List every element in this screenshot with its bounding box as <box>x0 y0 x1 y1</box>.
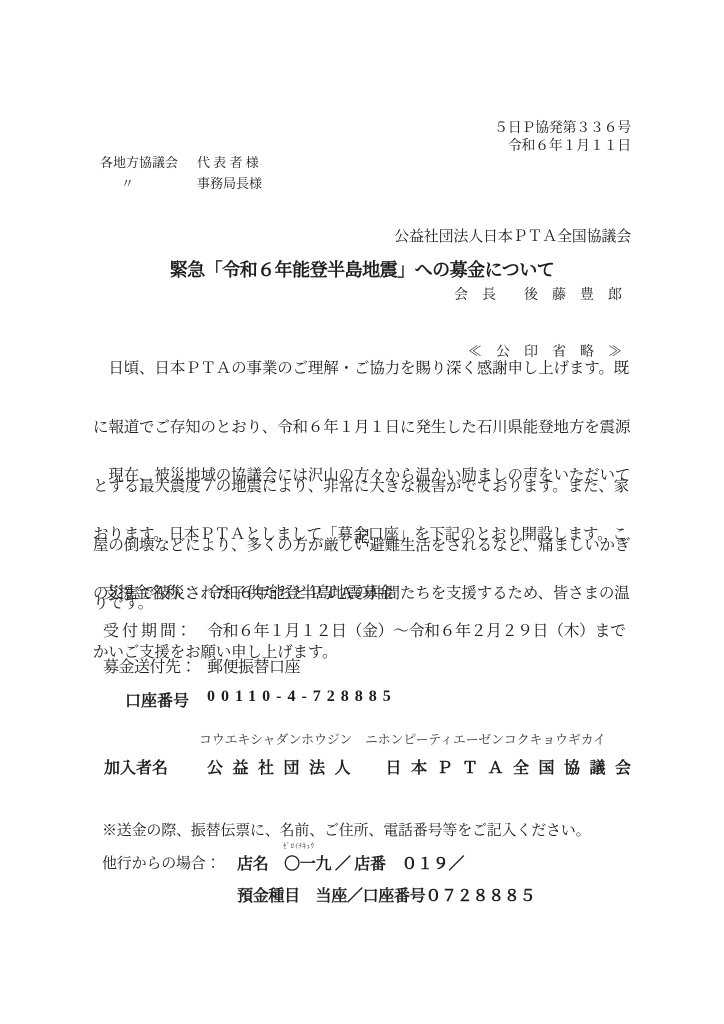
addressee-ditto-mark: 〃 <box>121 173 134 192</box>
remittance-note: ※送金の際、振替伝票に、名前、ご住所、電話番号等をご記入ください。 <box>102 819 590 840</box>
account-number-label: 口座番号 <box>125 688 189 711</box>
detail-value: 令和６年能登半島地震募金 <box>207 580 393 603</box>
paragraph-line: 日頃、日本ＰＴＡの事業のご理解・ご協力を賜り深く感謝申し上げます。既 <box>93 359 658 379</box>
sender-president: 会 長 後 藤 豊 郎 <box>394 284 631 304</box>
account-number-value: 00110-4-728885 <box>207 688 397 706</box>
addressee-representative: 代 表 者 様 <box>197 152 259 171</box>
detail-value: 令和６年１月１２日（金）～令和６年２月２９日（木）まで <box>207 618 626 641</box>
payee-furigana: コウエキシャダンホウジン ニホンピーティエーゼンコクキョウギカイ <box>199 729 606 748</box>
page-title: 緊急「令和６年能登半島地震」への募金について <box>0 256 724 282</box>
addressee-org: 各地方協議会 <box>100 152 178 171</box>
sender-organization: 公益社団法人日本ＰＴＡ全国協議会 <box>394 225 631 246</box>
deposit-type-account-line: 預金種目 当座／口座番号０７２８８８５ <box>237 883 535 906</box>
paragraph-line: 現在、被災地域の協議会には沢山の方々から温かい励ましの声をいただいて <box>93 466 658 486</box>
other-bank-label: 他行からの場合： <box>102 852 220 873</box>
other-bank-branch-info: 店名 〇一九 ／ 店番 ０１９／ <box>237 851 464 874</box>
document-page: ５日Ｐ協発第３３６号 令和６年１月１１日 各地方協議会 代 表 者 様 〃 事務… <box>0 0 724 1024</box>
detail-label: 受 付 期 間： <box>103 618 191 641</box>
detail-label: 支援金名称： <box>103 580 196 603</box>
addressee-secretary-general: 事務局長様 <box>197 173 262 192</box>
ki-marker: 記 <box>0 524 724 547</box>
doc-number: ５日Ｐ協発第３３６号 <box>494 117 631 137</box>
issue-date: 令和６年１月１１日 <box>508 135 631 155</box>
detail-label: 募金送付先： <box>103 654 196 677</box>
payee-label: 加入者名 <box>104 755 168 778</box>
payee-value: 公益社団法人 日本ＰＴＡ全国協議会 <box>207 755 641 778</box>
detail-value: 郵便振替口座 <box>207 654 300 677</box>
branch-name-furigana: ｾﾞﾛｲﾁｷｭｳ <box>283 841 315 851</box>
